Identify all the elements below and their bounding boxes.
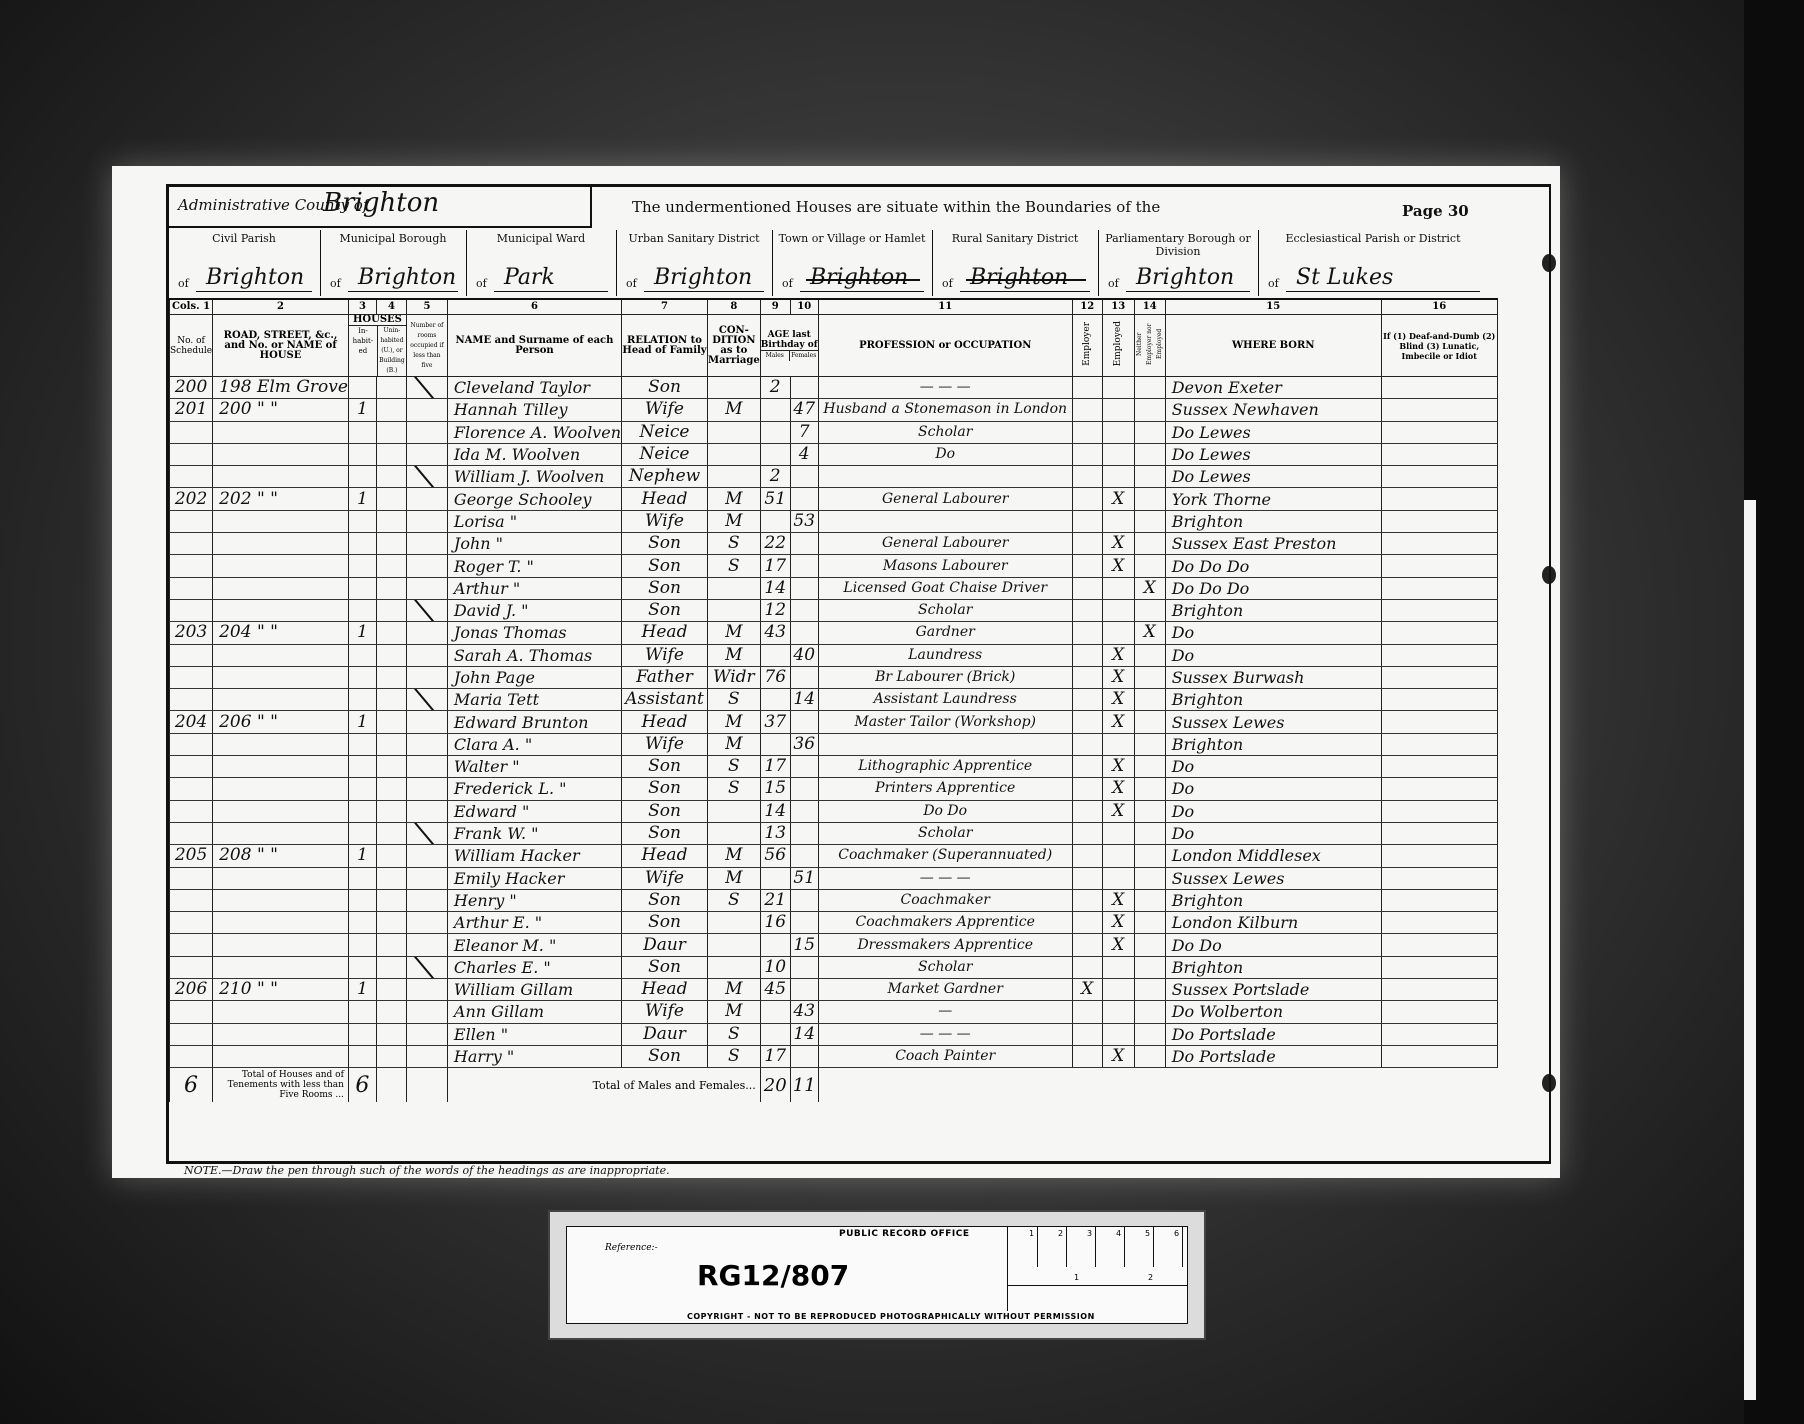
name-cell: Arthur "	[447, 577, 621, 599]
employer-cell	[1072, 666, 1102, 688]
name-cell: Eleanor M. "	[447, 934, 621, 956]
employed-cell: X	[1102, 533, 1134, 555]
table-row: 202202 " "1George SchooleyHeadM51General…	[170, 488, 1498, 510]
neither-cell	[1134, 599, 1165, 621]
rooms-cell	[406, 1023, 447, 1045]
where-born-cell: Brighton	[1165, 956, 1381, 978]
table-row: Sarah A. ThomasWifeM40LaundressXDo	[170, 644, 1498, 666]
col-where-born-header: WHERE BORN	[1165, 315, 1381, 377]
address-cell	[213, 421, 349, 443]
inhabited-cell: 1	[348, 399, 376, 421]
ruler-cm-label: 1	[1029, 1229, 1034, 1238]
schedule-cell	[170, 956, 213, 978]
table-row: Maria TettAssistantS14Assistant Laundres…	[170, 689, 1498, 711]
age-male-cell	[760, 399, 790, 421]
inhabited-cell	[348, 934, 376, 956]
occupation-cell	[818, 466, 1072, 488]
address-cell: 202 " "	[213, 488, 349, 510]
age-male-cell: 16	[760, 912, 790, 934]
where-born-cell: Sussex East Preston	[1165, 533, 1381, 555]
of-label: of	[1108, 277, 1119, 290]
condition-cell: S	[708, 889, 761, 911]
address-cell: 208 " "	[213, 845, 349, 867]
condition-cell: S	[708, 533, 761, 555]
age-female-cell: 36	[790, 733, 818, 755]
district-title: Municipal Ward	[466, 232, 616, 245]
employed-cell	[1102, 867, 1134, 889]
where-born-cell: Do Do	[1165, 934, 1381, 956]
neither-cell	[1134, 666, 1165, 688]
relation-cell: Daur	[622, 934, 708, 956]
employed-cell: X	[1102, 778, 1134, 800]
col-employed-header: Employed	[1102, 315, 1134, 377]
neither-cell	[1134, 800, 1165, 822]
rooms-cell	[406, 599, 447, 621]
inhabited-cell	[348, 1023, 376, 1045]
employer-cell	[1072, 733, 1102, 755]
schedule-cell	[170, 689, 213, 711]
name-cell: Ellen "	[447, 1023, 621, 1045]
age-female-cell	[790, 889, 818, 911]
infirmity-cell	[1381, 778, 1497, 800]
name-cell: Clara A. "	[447, 733, 621, 755]
inhabited-cell	[348, 466, 376, 488]
where-born-cell: Brighton	[1165, 510, 1381, 532]
condition-cell: M	[708, 845, 761, 867]
occupation-cell: Laundress	[818, 644, 1072, 666]
relation-cell: Wife	[622, 867, 708, 889]
address-cell	[213, 666, 349, 688]
district-2: Municipal WardofPark	[466, 230, 617, 296]
table-row: John "SonS22General LabourerXSussex East…	[170, 533, 1498, 555]
employer-cell	[1072, 1023, 1102, 1045]
age-female-cell: 53	[790, 510, 818, 532]
employer-cell	[1072, 421, 1102, 443]
table-row: David J. "Son12ScholarBrighton	[170, 599, 1498, 621]
where-born-cell: Do Lewes	[1165, 421, 1381, 443]
employed-cell: X	[1102, 756, 1134, 778]
age-female-cell	[790, 756, 818, 778]
age-female-cell	[790, 377, 818, 399]
where-born-cell: Sussex Lewes	[1165, 711, 1381, 733]
occupation-cell	[818, 733, 1072, 755]
employed-cell: X	[1102, 644, 1134, 666]
district-1: Municipal BoroughofBrighton	[320, 230, 467, 296]
ruler-cm-label: 5	[1145, 1229, 1150, 1238]
age-label: AGE last Birthday of	[761, 330, 818, 350]
district-title: Rural Sanitary District	[932, 232, 1098, 245]
column-number: 6	[447, 299, 621, 315]
neither-cell	[1134, 711, 1165, 733]
inhabited-cell	[348, 912, 376, 934]
employed-cell: X	[1102, 689, 1134, 711]
infirmity-cell	[1381, 845, 1497, 867]
uninhabited-cell	[376, 889, 406, 911]
district-4: Town or Village or HamletofBrighton	[772, 230, 933, 296]
ruler-tick	[1124, 1227, 1125, 1267]
address-cell	[213, 533, 349, 555]
occupation-cell: Coachmaker (Superannuated)	[818, 845, 1072, 867]
neither-cell	[1134, 889, 1165, 911]
infirmity-cell	[1381, 421, 1497, 443]
condition-cell	[708, 443, 761, 465]
address-cell	[213, 822, 349, 844]
age-female-cell	[790, 666, 818, 688]
column-number: 5	[406, 299, 447, 315]
infirmity-cell	[1381, 867, 1497, 889]
neither-cell	[1134, 912, 1165, 934]
name-cell: Harry "	[447, 1045, 621, 1067]
employer-cell	[1072, 956, 1102, 978]
infirmity-cell	[1381, 956, 1497, 978]
district-value: St Lukes	[1286, 265, 1480, 292]
relation-cell: Son	[622, 912, 708, 934]
name-cell: Jonas Thomas	[447, 622, 621, 644]
schedule-cell	[170, 1001, 213, 1023]
name-cell: Ida M. Woolven	[447, 443, 621, 465]
where-born-cell: Do Wolberton	[1165, 1001, 1381, 1023]
schedule-cell	[170, 533, 213, 555]
where-born-cell: Do	[1165, 756, 1381, 778]
where-born-cell: Do	[1165, 822, 1381, 844]
col-rooms-header: Number of rooms occupied if less than fi…	[406, 315, 447, 377]
address-cell	[213, 867, 349, 889]
age-female-cell: 14	[790, 1023, 818, 1045]
age-female-cell	[790, 599, 818, 621]
district-6: Parliamentary Borough or DivisionofBrigh…	[1098, 230, 1259, 296]
rooms-cell	[406, 466, 447, 488]
district-title: Urban Sanitary District	[616, 232, 772, 245]
age-male-cell: 37	[760, 711, 790, 733]
column-numbers: Cols. 12345678910111213141516	[170, 299, 1498, 315]
employer-cell	[1072, 488, 1102, 510]
neither-cell	[1134, 956, 1165, 978]
employer-cell	[1072, 800, 1102, 822]
table-row: Harry "SonS17Coach PainterXDo Portslade	[170, 1045, 1498, 1067]
condition-cell: Widr	[708, 666, 761, 688]
infirmity-cell	[1381, 533, 1497, 555]
neither-cell	[1134, 778, 1165, 800]
inhabited-cell	[348, 756, 376, 778]
adjacent-page-edge	[1744, 0, 1804, 1424]
name-cell: William J. Woolven	[447, 466, 621, 488]
age-male-cell	[760, 644, 790, 666]
col-neither-header: Neither Employer nor Employed	[1134, 315, 1165, 377]
schedule-cell	[170, 555, 213, 577]
table-row: 201200 " "1Hannah TilleyWifeM47Husband a…	[170, 399, 1498, 421]
uninhabited-cell	[376, 778, 406, 800]
relation-cell: Son	[622, 778, 708, 800]
table-row: Ellen "DaurS14— — —Do Portslade	[170, 1023, 1498, 1045]
age-female-cell: 7	[790, 421, 818, 443]
schedule-cell: 203	[170, 622, 213, 644]
employed-cell	[1102, 733, 1134, 755]
condition-cell: M	[708, 644, 761, 666]
relation-cell: Son	[622, 533, 708, 555]
condition-cell: S	[708, 689, 761, 711]
address-cell	[213, 733, 349, 755]
table-row: Arthur E. "Son16Coachmakers ApprenticeXL…	[170, 912, 1498, 934]
infirmity-cell	[1381, 488, 1497, 510]
rooms-cell	[406, 822, 447, 844]
relation-cell: Wife	[622, 644, 708, 666]
inhabited-cell	[348, 867, 376, 889]
rooms-cell	[406, 399, 447, 421]
reference-card: PUBLIC RECORD OFFICE Reference:- RG12/80…	[548, 1210, 1206, 1340]
reference-label: Reference:-	[605, 1243, 658, 1253]
occupation-cell: Scholar	[818, 956, 1072, 978]
employer-cell	[1072, 555, 1102, 577]
total-persons-label: Total of Males and Females...	[447, 1068, 760, 1103]
neither-cell	[1134, 377, 1165, 399]
address-cell	[213, 555, 349, 577]
district-title: Parliamentary Borough or Division	[1098, 232, 1258, 258]
infirmity-cell	[1381, 377, 1497, 399]
relation-cell: Head	[622, 488, 708, 510]
schedule-cell	[170, 510, 213, 532]
employer-cell	[1072, 689, 1102, 711]
employed-cell	[1102, 1023, 1134, 1045]
name-cell: Frederick L. "	[447, 778, 621, 800]
employer-cell	[1072, 644, 1102, 666]
table-row: Clara A. "WifeM36Brighton	[170, 733, 1498, 755]
ruler-cm-label: 6	[1174, 1229, 1179, 1238]
where-born-cell: Do	[1165, 644, 1381, 666]
houses-label: HOUSES	[349, 315, 406, 326]
where-born-cell: Brighton	[1165, 599, 1381, 621]
rooms-cell	[406, 845, 447, 867]
inhabited-cell	[348, 421, 376, 443]
address-cell: 198 Elm Grove	[213, 377, 349, 399]
relation-cell: Son	[622, 800, 708, 822]
employed-cell	[1102, 822, 1134, 844]
neither-label: Neither Employer nor Employed	[1135, 322, 1165, 366]
uninhabited-cell	[376, 822, 406, 844]
inhabited-cell	[348, 666, 376, 688]
employer-cell	[1072, 466, 1102, 488]
neither-cell	[1134, 733, 1165, 755]
age-male-cell	[760, 421, 790, 443]
schedule-cell	[170, 800, 213, 822]
infirmity-cell	[1381, 979, 1497, 1001]
rooms-cell	[406, 421, 447, 443]
address-cell	[213, 577, 349, 599]
address-cell	[213, 689, 349, 711]
col-condition-header: CON-DITION as to Marriage	[708, 315, 761, 377]
inhabited-cell	[348, 555, 376, 577]
district-7: Ecclesiastical Parish or DistrictofSt Lu…	[1258, 230, 1488, 296]
employed-cell	[1102, 443, 1134, 465]
relation-cell: Son	[622, 822, 708, 844]
ruler-cm-label: 2	[1058, 1229, 1063, 1238]
females-label: Females	[789, 351, 818, 361]
column-number: 13	[1102, 299, 1134, 315]
table-row: Florence A. WoolvenNeice7ScholarDo Lewes	[170, 421, 1498, 443]
uninhabited-cell	[376, 956, 406, 978]
occupation-cell: Gardner	[818, 622, 1072, 644]
schedule-cell: 204	[170, 711, 213, 733]
relation-cell: Neice	[622, 421, 708, 443]
relation-cell: Son	[622, 599, 708, 621]
double-stroke-mark	[413, 377, 440, 399]
employer-cell	[1072, 399, 1102, 421]
condition-cell: M	[708, 1001, 761, 1023]
inhabited-cell	[348, 733, 376, 755]
schedule-cell	[170, 822, 213, 844]
age-female-cell	[790, 488, 818, 510]
table-row: 203204 " "1Jonas ThomasHeadM43GardnerXDo	[170, 622, 1498, 644]
address-cell	[213, 1023, 349, 1045]
address-cell: 206 " "	[213, 711, 349, 733]
inhabited-cell	[348, 1001, 376, 1023]
where-born-cell: Do	[1165, 778, 1381, 800]
where-born-cell: Sussex Lewes	[1165, 867, 1381, 889]
condition-cell	[708, 934, 761, 956]
age-male-cell: 13	[760, 822, 790, 844]
employer-cell	[1072, 912, 1102, 934]
address-cell	[213, 934, 349, 956]
age-female-cell: 14	[790, 689, 818, 711]
uninhabited-cell	[376, 733, 406, 755]
uninhabited-cell	[376, 979, 406, 1001]
condition-cell: M	[708, 399, 761, 421]
inhabited-cell	[348, 1045, 376, 1067]
col-infirmity-header: If (1) Deaf-and-Dumb (2) Blind (3) Lunat…	[1381, 315, 1497, 377]
address-cell	[213, 599, 349, 621]
inhabited-cell: 1	[348, 488, 376, 510]
condition-cell: S	[708, 756, 761, 778]
occupation-cell: General Labourer	[818, 488, 1072, 510]
name-cell: Lorisa "	[447, 510, 621, 532]
district-title: Ecclesiastical Parish or District	[1258, 232, 1488, 245]
schedule-cell: 202	[170, 488, 213, 510]
of-label: of	[626, 277, 637, 290]
occupation-cell: Scholar	[818, 599, 1072, 621]
neither-cell	[1134, 689, 1165, 711]
relation-cell: Assistant	[622, 689, 708, 711]
address-cell	[213, 466, 349, 488]
where-born-cell: Do Portslade	[1165, 1045, 1381, 1067]
condition-cell	[708, 577, 761, 599]
relation-cell: Son	[622, 1045, 708, 1067]
ruler-tick	[1095, 1227, 1096, 1267]
where-born-cell: Brighton	[1165, 733, 1381, 755]
address-cell	[213, 1045, 349, 1067]
neither-cell	[1134, 555, 1165, 577]
neither-cell	[1134, 399, 1165, 421]
name-cell: John "	[447, 533, 621, 555]
uninhabited-cell	[376, 1001, 406, 1023]
inhabited-cell	[348, 956, 376, 978]
rooms-cell	[406, 979, 447, 1001]
condition-cell	[708, 956, 761, 978]
age-female-cell: 47	[790, 399, 818, 421]
age-male-cell: 21	[760, 889, 790, 911]
column-number: 3	[348, 299, 376, 315]
relation-cell: Son	[622, 889, 708, 911]
employed-cell	[1102, 979, 1134, 1001]
schedule-cell	[170, 1045, 213, 1067]
name-cell: Roger T. "	[447, 555, 621, 577]
employed-cell	[1102, 421, 1134, 443]
schedule-cell	[170, 443, 213, 465]
schedule-cell: 201	[170, 399, 213, 421]
total-females: 11	[790, 1068, 818, 1103]
rooms-cell	[406, 555, 447, 577]
inhabited-cell: 1	[348, 622, 376, 644]
neither-cell	[1134, 1001, 1165, 1023]
inhabited-cell: 1	[348, 711, 376, 733]
relation-cell: Head	[622, 979, 708, 1001]
address-cell: 200 " "	[213, 399, 349, 421]
name-cell: Henry "	[447, 889, 621, 911]
uninhabited-cell	[376, 1045, 406, 1067]
infirmity-cell	[1381, 622, 1497, 644]
employer-cell	[1072, 622, 1102, 644]
age-male-cell: 51	[760, 488, 790, 510]
name-cell: Emily Hacker	[447, 867, 621, 889]
of-label: of	[476, 277, 487, 290]
table-row: William J. WoolvenNephew2Do Lewes	[170, 466, 1498, 488]
employed-cell	[1102, 956, 1134, 978]
employed-cell: X	[1102, 800, 1134, 822]
name-cell: Sarah A. Thomas	[447, 644, 621, 666]
occupation-cell: Coachmaker	[818, 889, 1072, 911]
table-row: Frederick L. "SonS15Printers ApprenticeX…	[170, 778, 1498, 800]
age-male-cell	[760, 443, 790, 465]
inhabited-cell	[348, 533, 376, 555]
where-born-cell: Do Lewes	[1165, 443, 1381, 465]
relation-cell: Head	[622, 622, 708, 644]
uninhabited-cell	[376, 756, 406, 778]
condition-cell: S	[708, 1045, 761, 1067]
relation-cell: Wife	[622, 1001, 708, 1023]
age-female-cell	[790, 1045, 818, 1067]
neither-cell	[1134, 533, 1165, 555]
double-stroke-mark	[413, 466, 440, 488]
address-cell	[213, 510, 349, 532]
schedule-cell	[170, 756, 213, 778]
where-born-cell: Sussex Portslade	[1165, 979, 1381, 1001]
rooms-cell	[406, 889, 447, 911]
schedule-cell	[170, 867, 213, 889]
table-row: Henry "SonS21CoachmakerXBrighton	[170, 889, 1498, 911]
relation-cell: Wife	[622, 399, 708, 421]
inhabited-cell: 1	[348, 979, 376, 1001]
table-row: Walter "SonS17Lithographic ApprenticeXDo	[170, 756, 1498, 778]
address-cell	[213, 800, 349, 822]
neither-cell	[1134, 979, 1165, 1001]
employed-cell: X	[1102, 1045, 1134, 1067]
public-record-office: PUBLIC RECORD OFFICE	[839, 1229, 970, 1239]
employed-label: Employed	[1113, 321, 1123, 366]
uninhabited-cell	[376, 622, 406, 644]
table-row: Ann GillamWifeM43—Do Wolberton	[170, 1001, 1498, 1023]
employer-cell	[1072, 778, 1102, 800]
males-label: Males	[761, 351, 789, 361]
inhabited-cell	[348, 889, 376, 911]
occupation-cell	[818, 510, 1072, 532]
employed-cell: X	[1102, 488, 1134, 510]
employed-cell	[1102, 577, 1134, 599]
age-male-cell: 17	[760, 1045, 790, 1067]
occupation-cell: Coach Painter	[818, 1045, 1072, 1067]
where-born-cell: Sussex Burwash	[1165, 666, 1381, 688]
age-male-cell: 14	[760, 800, 790, 822]
inhabited-cell	[348, 510, 376, 532]
name-cell: Walter "	[447, 756, 621, 778]
column-number: 2	[213, 299, 349, 315]
